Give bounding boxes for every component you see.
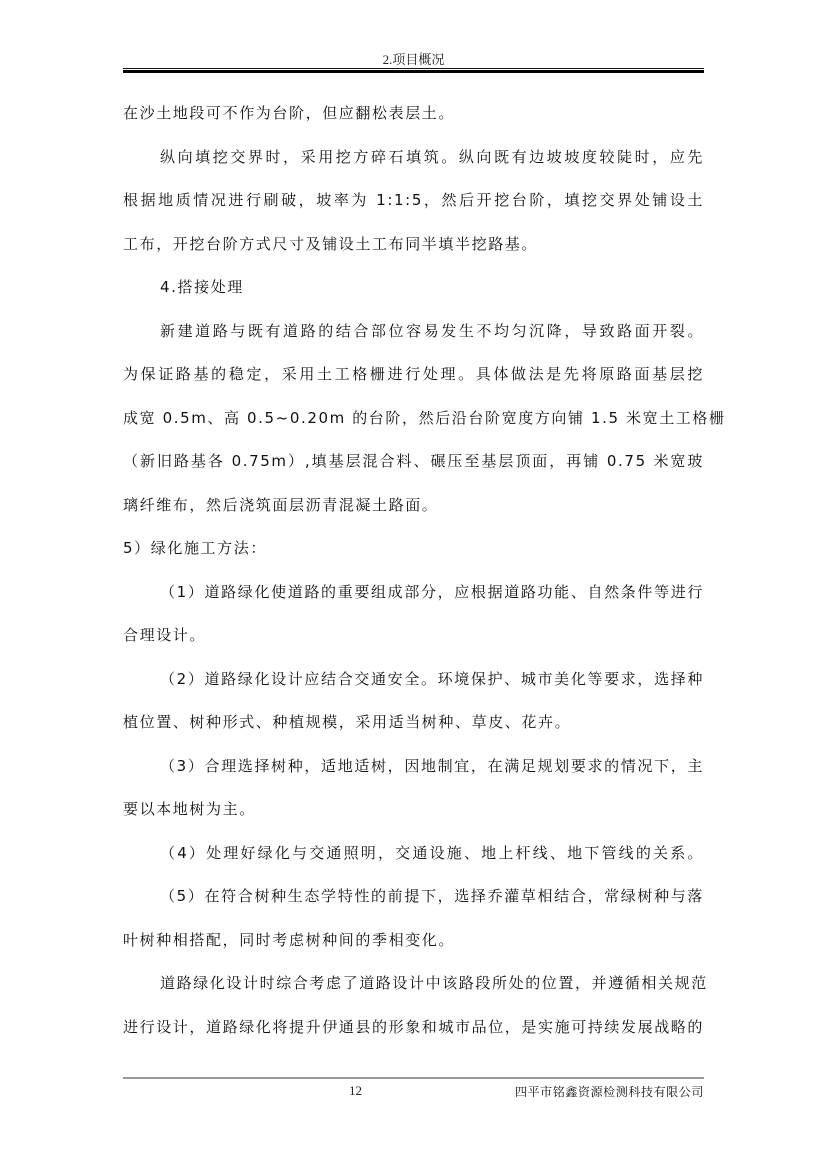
header-rule-thick: [123, 70, 704, 73]
footer-company-name: 四平市铭鑫资源检测科技有限公司: [515, 1083, 704, 1100]
page-number: 12: [349, 1083, 362, 1099]
footer-rule: [123, 1077, 704, 1079]
section-heading: 5）绿化施工方法：: [123, 527, 704, 571]
text-line: 根据地质情况进行刷破，坡率为 1:1:5，然后开挖台阶，填挖交界处铺设土: [123, 179, 704, 223]
section-heading: 4.搭接处理: [123, 266, 704, 310]
text-line: 在沙土地段可不作为台阶，但应翻松表层土。: [123, 92, 704, 136]
text-line: 璃纤维布，然后浇筑面层沥青混凝土路面。: [123, 484, 704, 528]
text-line: 成宽 0.5m、高 0.5~0.20m 的台阶，然后沿台阶宽度方向铺 1.5 米…: [123, 397, 704, 441]
list-item-text: 合理设计。: [123, 614, 704, 658]
text-line: 工布，开挖台阶方式尺寸及铺设土工布同半填半挖路基。: [123, 223, 704, 267]
list-item-text: （4）处理好绿化与交通照明，交通设施、地上杆线、地下管线的关系。: [123, 832, 704, 876]
text-line: （新旧路基各 0.75m）,填基层混合料、碾压至基层顶面，再铺 0.75 米宽玻: [123, 440, 704, 484]
list-item-text: （3）合理选择树种，适地适树，因地制宜，在满足规划要求的情况下，主: [123, 745, 704, 789]
list-item-text: （1）道路绿化使道路的重要组成部分，应根据道路功能、自然条件等进行: [123, 571, 704, 615]
text-line: 道路绿化设计时综合考虑了道路设计中该路段所处的位置，并遵循相关规范: [123, 962, 704, 1006]
list-item-text: 要以本地树为主。: [123, 788, 704, 832]
header-rule-thin: [123, 68, 704, 69]
text-line: 新建道路与既有道路的结合部位容易发生不均匀沉降，导致路面开裂。: [123, 310, 704, 354]
text-line: 进行设计，道路绿化将提升伊通县的形象和城市品位，是实施可持续发展战略的: [123, 1006, 704, 1050]
list-item-text: 叶树种相搭配，同时考虑树种间的季相变化。: [123, 919, 704, 963]
list-item-text: （2）道路绿化设计应结合交通安全。环境保护、城市美化等要求，选择种: [123, 658, 704, 702]
document-body: 在沙土地段可不作为台阶，但应翻松表层土。 纵向填挖交界时，采用挖方碎石填筑。纵向…: [123, 92, 704, 1049]
list-item-text: （5）在符合树种生态学特性的前提下，选择乔灌草相结合，常绿树种与落: [123, 875, 704, 919]
list-item-text: 植位置、树种形式、种植规模，采用适当树种、草皮、花卉。: [123, 701, 704, 745]
text-line: 纵向填挖交界时，采用挖方碎石填筑。纵向既有边坡坡度较陡时，应先: [123, 136, 704, 180]
running-header-title: 2.项目概况: [0, 49, 827, 68]
text-line: 为保证路基的稳定，采用土工格栅进行处理。具体做法是先将原路面基层挖: [123, 353, 704, 397]
